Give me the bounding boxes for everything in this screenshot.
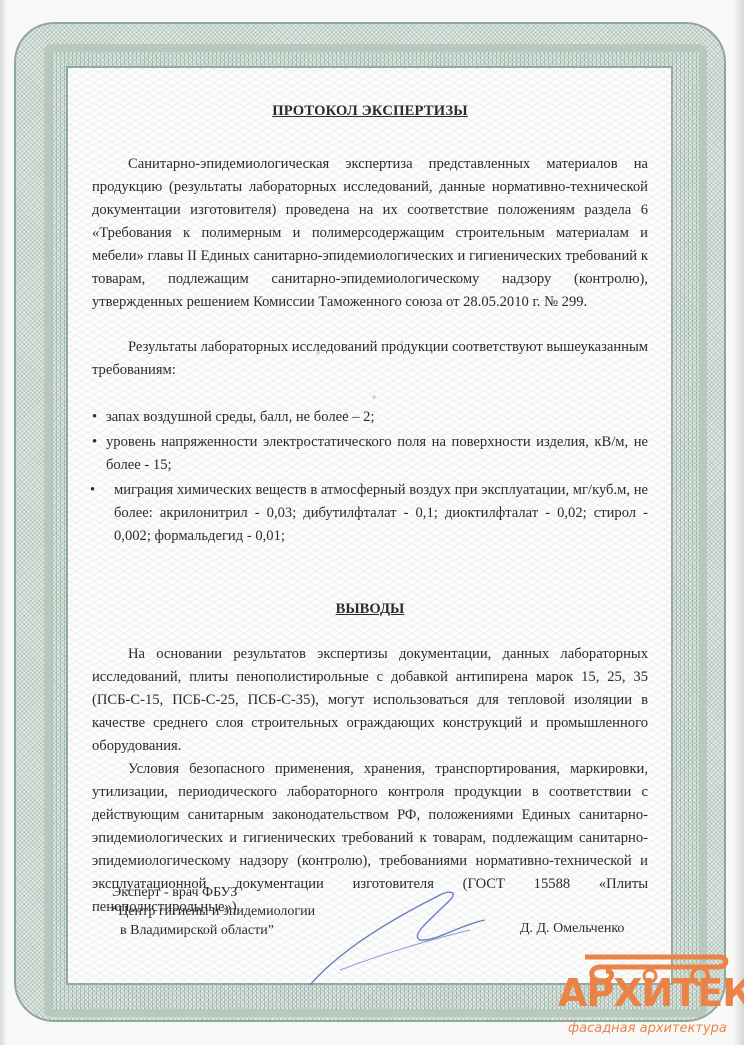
conclusion-paragraph: На основании результатов экспертизы доку… xyxy=(92,643,648,758)
expert-name: Д. Д. Омельченко xyxy=(520,921,624,937)
conclusions-heading: ВЫВОДЫ xyxy=(92,598,648,621)
handwritten-signature-icon xyxy=(300,880,500,990)
bullet-icon: • xyxy=(90,479,95,502)
requirement-text: миграция химических веществ в атмосферны… xyxy=(114,482,648,544)
results-lead-paragraph: Результаты лабораторных исследований про… xyxy=(92,336,648,382)
watermark-tagline: фасадная архитектура xyxy=(568,1021,727,1036)
requirement-item: • уровень напряженности электростатическ… xyxy=(92,431,648,477)
requirements-list: • запах воздушной среды, балл, не более … xyxy=(92,406,648,548)
intro-paragraph: Санитарно-эпидемиологическая экспертиза … xyxy=(92,153,648,314)
scan-edge-left xyxy=(0,0,6,1045)
scan-edge-right xyxy=(734,0,744,1045)
bullet-icon: • xyxy=(92,431,97,454)
requirement-text: запах воздушной среды, балл, не более – … xyxy=(106,409,375,425)
document-body: ПРОТОКОЛ ЭКСПЕРТИЗЫ Санитарно-эпидемиоло… xyxy=(92,100,648,919)
architek-watermark: АРХИТЕК фасадная архитектура xyxy=(558,955,744,1045)
watermark-brand: АРХИТЕК xyxy=(558,971,744,1015)
position-line: в Владимирской области” xyxy=(112,921,315,940)
bullet-icon: • xyxy=(92,406,97,429)
document-title: ПРОТОКОЛ ЭКСПЕРТИЗЫ xyxy=(92,100,648,123)
requirement-item: • миграция химических веществ в атмосфер… xyxy=(92,479,648,548)
position-line: “Центр гигиены и эпидемиологии xyxy=(112,902,315,921)
requirement-text: уровень напряженности электростатическог… xyxy=(106,434,648,473)
requirement-item: • запах воздушной среды, балл, не более … xyxy=(92,406,648,429)
expert-position: Эксперт - врач ФБУЗ “Центр гигиены и эпи… xyxy=(112,883,315,940)
position-line: Эксперт - врач ФБУЗ xyxy=(112,883,315,902)
